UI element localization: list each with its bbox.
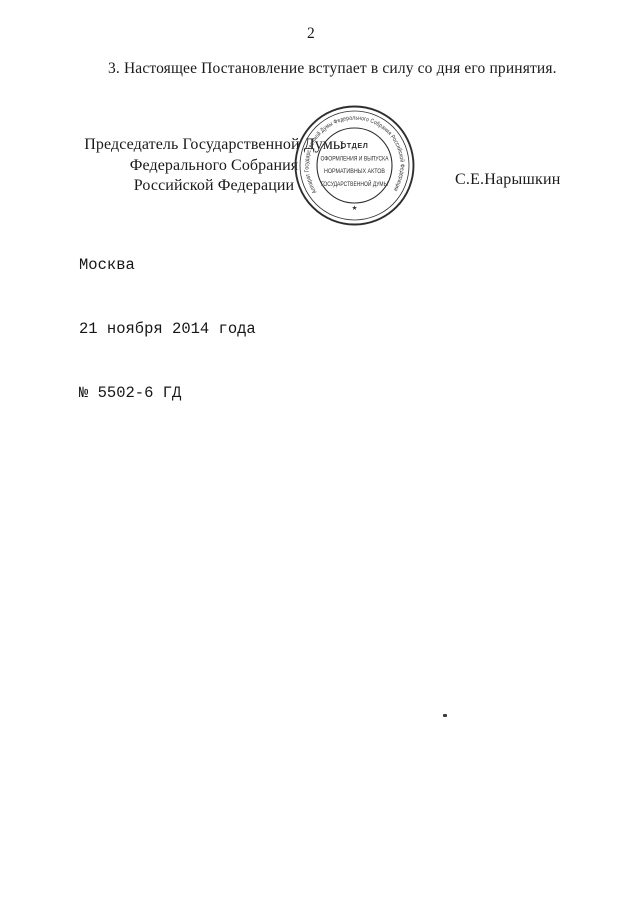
issuance-block: Москва 21 ноября 2014 года № 5502-6 ГД [79,212,256,447]
resolution-paragraph: 3. Настоящее Постановление вступает в си… [77,59,559,79]
stamp-center-line-1: ОТДЕЛ [341,141,369,150]
signatory-name: С.Е.Нарышкин [455,171,560,189]
stamp-center-line-3: НОРМАТИВНЫХ АКТОВ [324,168,385,175]
document-page: 2 3. Настоящее Постановление вступает в … [0,0,640,905]
stamp-center-line-2: ОФОРМЛЕНИЯ И ВЫПУСКА [321,156,390,163]
page-number: 2 [0,25,622,43]
stamp-center-line-4: ГОСУДАРСТВЕННОЙ ДУМЫ [321,180,388,188]
issuance-number: № 5502-6 ГД [79,383,256,404]
scan-speck [443,714,447,717]
stamp-inner-ring [317,128,392,203]
issuance-date: 21 ноября 2014 года [79,319,256,340]
stamp-secondary-ring [300,111,409,220]
issuance-city: Москва [79,255,256,276]
star-icon: ★ [352,205,358,212]
official-stamp-seal: Аппарат Государственной Думы Федеральног… [292,103,417,228]
